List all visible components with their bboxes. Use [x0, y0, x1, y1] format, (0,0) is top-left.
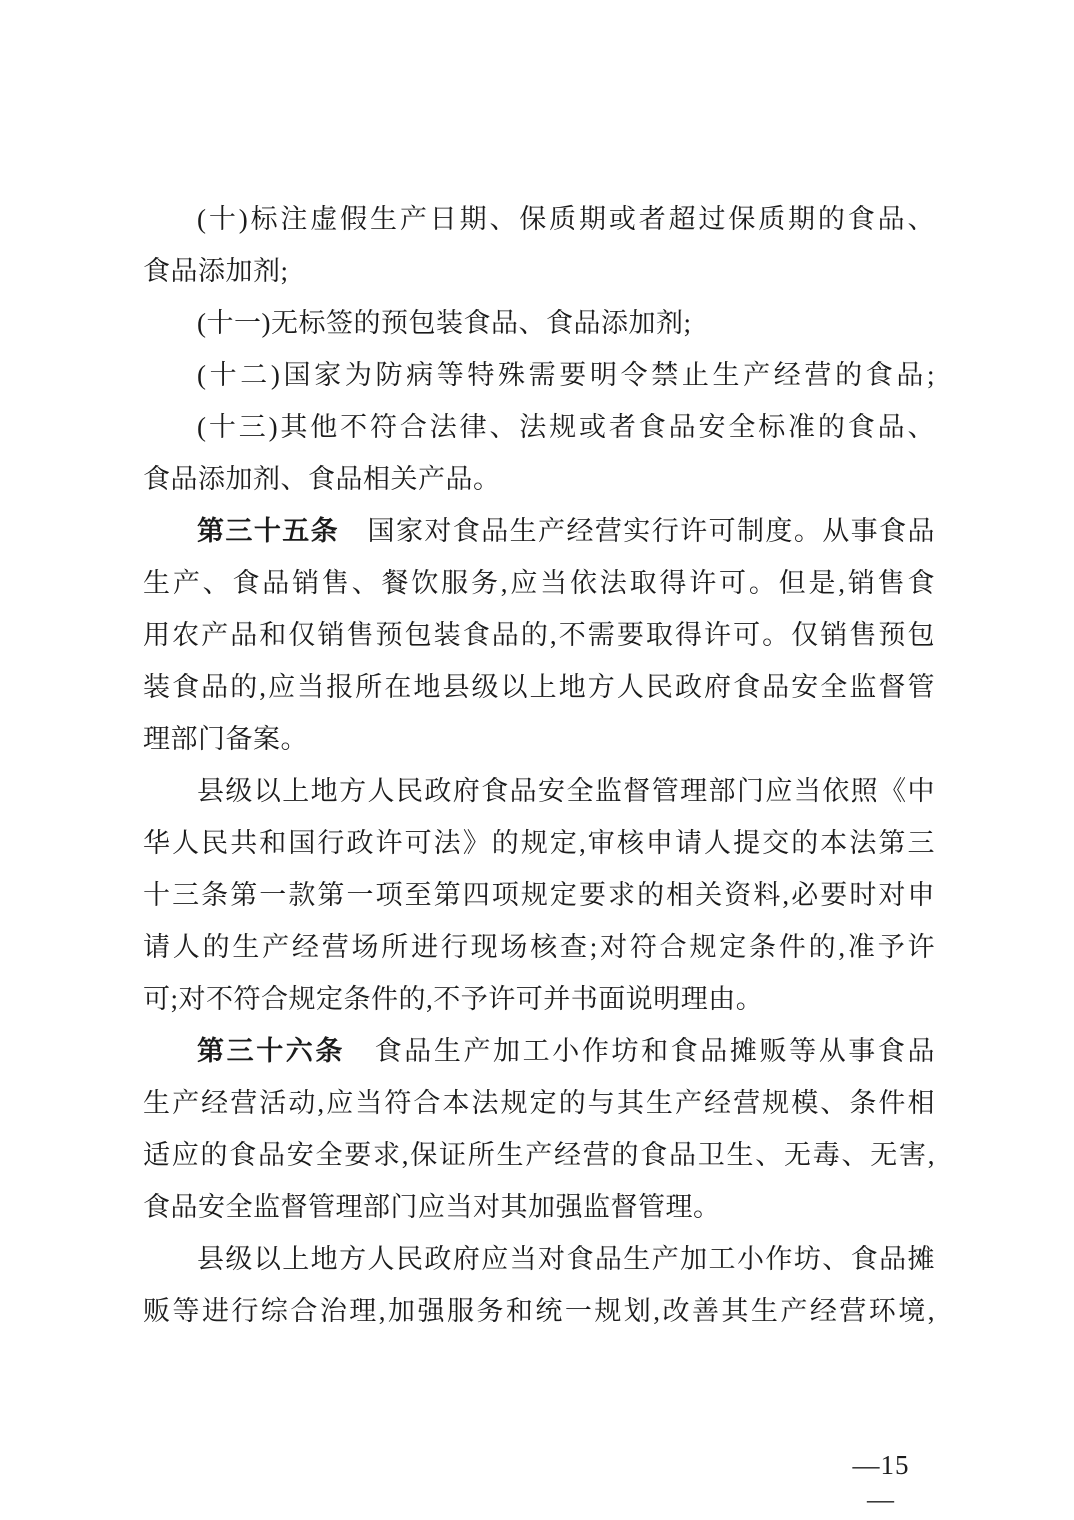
text-line: 食品添加剂、食品相关产品。 [143, 453, 935, 505]
text-line: (十三)其他不符合法律、法规或者食品安全标准的食品、 [143, 401, 935, 453]
text-segment: 食品添加剂; [143, 256, 289, 286]
text-line: (十)标注虚假生产日期、保质期或者超过保质期的食品、 [143, 193, 935, 245]
text-segment: 食品生产加工小作坊和食品摊贩等从事食品 [345, 1036, 935, 1066]
text-segment: 食品添加剂、食品相关产品。 [143, 464, 501, 494]
text-segment: 生产、食品销售、餐饮服务,应当依法取得许可。但是,销售食 [143, 568, 935, 598]
text-segment: 生产经营活动,应当符合本法规定的与其生产经营规模、条件相 [143, 1088, 935, 1118]
text-segment: 理部门备案。 [143, 724, 308, 754]
text-line: (十二)国家为防病等特殊需要明令禁止生产经营的食品; [143, 349, 935, 401]
text-segment: 可;对不符合规定条件的,不予许可并书面说明理由。 [143, 984, 763, 1014]
text-segment: 县级以上地方人民政府食品安全监督管理部门应当依照《中 [197, 776, 935, 806]
text-segment: (十二)国家为防病等特殊需要明令禁止生产经营的食品; [197, 360, 935, 390]
text-line: 适应的食品安全要求,保证所生产经营的食品卫生、无毒、无害, [143, 1129, 935, 1181]
text-segment: (十三)其他不符合法律、法规或者食品安全标准的食品、 [197, 412, 935, 442]
article-number: 第三十五条 [197, 516, 339, 546]
text-line: (十一)无标签的预包装食品、食品添加剂; [143, 297, 935, 349]
text-line: 华人民共和国行政许可法》的规定,审核申请人提交的本法第三 [143, 817, 935, 869]
document-page: (十)标注虚假生产日期、保质期或者超过保质期的食品、食品添加剂;(十一)无标签的… [0, 0, 1074, 1520]
text-line: 生产、食品销售、餐饮服务,应当依法取得许可。但是,销售食 [143, 557, 935, 609]
text-segment: 十三条第一款第一项至第四项规定要求的相关资料,必要时对申 [143, 880, 935, 910]
text-segment: (十一)无标签的预包装食品、食品添加剂; [197, 308, 691, 338]
article-number: 第三十六条 [197, 1036, 345, 1066]
text-segment: (十)标注虚假生产日期、保质期或者超过保质期的食品、 [197, 204, 935, 234]
text-line: 县级以上地方人民政府应当对食品生产加工小作坊、食品摊 [143, 1233, 935, 1285]
text-line: 食品添加剂; [143, 245, 935, 297]
text-segment: 县级以上地方人民政府应当对食品生产加工小作坊、食品摊 [197, 1244, 935, 1274]
text-line: 第三十五条 国家对食品生产经营实行许可制度。从事食品 [143, 505, 935, 557]
text-segment: 华人民共和国行政许可法》的规定,审核申请人提交的本法第三 [143, 828, 935, 858]
text-segment: 国家对食品生产经营实行许可制度。从事食品 [339, 516, 935, 546]
text-segment: 食品安全监督管理部门应当对其加强监督管理。 [143, 1192, 721, 1222]
text-line: 生产经营活动,应当符合本法规定的与其生产经营规模、条件相 [143, 1077, 935, 1129]
text-segment: 适应的食品安全要求,保证所生产经营的食品卫生、无毒、无害, [143, 1140, 935, 1170]
text-line: 食品安全监督管理部门应当对其加强监督管理。 [143, 1181, 935, 1233]
text-line: 可;对不符合规定条件的,不予许可并书面说明理由。 [143, 973, 935, 1025]
text-line: 十三条第一款第一项至第四项规定要求的相关资料,必要时对申 [143, 869, 935, 921]
text-line: 装食品的,应当报所在地县级以上地方人民政府食品安全监督管 [143, 661, 935, 713]
text-segment: 贩等进行综合治理,加强服务和统一规划,改善其生产经营环境, [143, 1296, 935, 1326]
text-line: 第三十六条 食品生产加工小作坊和食品摊贩等从事食品 [143, 1025, 935, 1077]
text-line: 贩等进行综合治理,加强服务和统一规划,改善其生产经营环境, [143, 1285, 935, 1337]
text-segment: 装食品的,应当报所在地县级以上地方人民政府食品安全监督管 [143, 672, 935, 702]
text-segment: 请人的生产经营场所进行现场核查;对符合规定条件的,准予许 [143, 932, 935, 962]
text-block: (十)标注虚假生产日期、保质期或者超过保质期的食品、食品添加剂;(十一)无标签的… [143, 193, 935, 1337]
page-number: —15— [841, 1448, 921, 1516]
text-line: 理部门备案。 [143, 713, 935, 765]
text-line: 用农产品和仅销售预包装食品的,不需要取得许可。仅销售预包 [143, 609, 935, 661]
text-line: 请人的生产经营场所进行现场核查;对符合规定条件的,准予许 [143, 921, 935, 973]
text-segment: 用农产品和仅销售预包装食品的,不需要取得许可。仅销售预包 [143, 620, 935, 650]
text-line: 县级以上地方人民政府食品安全监督管理部门应当依照《中 [143, 765, 935, 817]
